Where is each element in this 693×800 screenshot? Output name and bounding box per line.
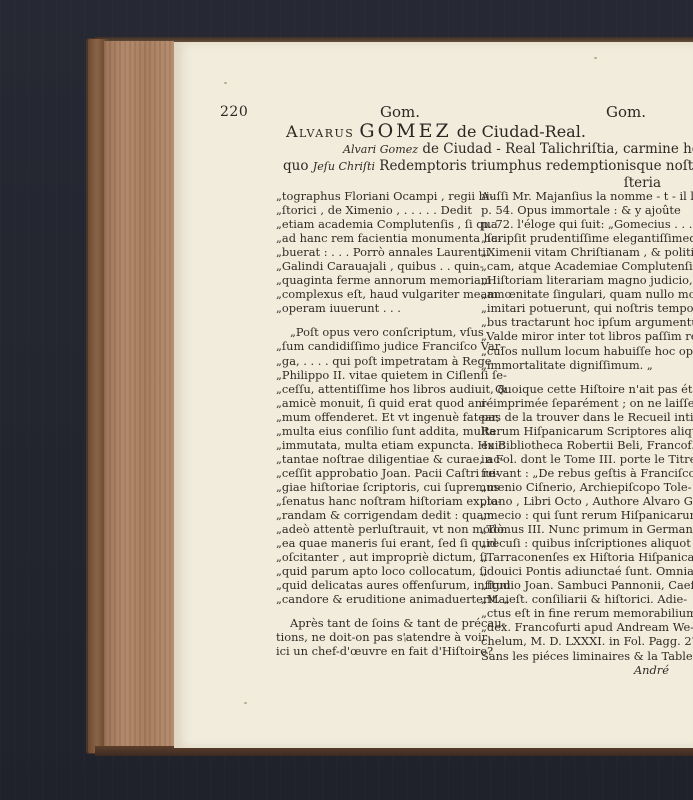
text-line: Auſſi Mr. Majanſius la nomme - t - il l.…: [481, 189, 669, 203]
text-line: in Fol. dont le Tome III. porte le Titre: [481, 452, 669, 466]
text-line: „quaginta ferme annorum memoriam: [276, 273, 472, 287]
text-line: „quid delicatas aures offenſurum, inſign…: [276, 578, 472, 592]
text-line: „Tomus III. Nunc primum in Germania: [481, 522, 669, 536]
text-line: „tantae noſtrae diligentiae & curae, ac-: [276, 452, 472, 466]
text-line: „etiam academia Complutenſis , ſi qua: [276, 217, 472, 231]
paper-speck: [594, 57, 597, 59]
text-line: „buerat : . . . Porrò annales Laurentii: [276, 245, 472, 259]
text-line: „Valde miror inter tot libros paſſim re-: [481, 329, 669, 343]
text-line: „complexus eſt, haud vulgariter meam: [276, 287, 472, 301]
text-line: ex Bibliotheca Robertii Beli, Francof. 1…: [481, 438, 669, 452]
text-line: Rerum Hiſpanicarum Scriptores aliquot,: [481, 424, 669, 438]
text-line: „dex. Francofurti apud Andream We-: [481, 620, 669, 634]
text-line: „operam iuuerunt . . .: [276, 301, 472, 315]
paragraph-gap: [276, 315, 472, 325]
text-line: „cam, atque Academiae Complutenſis: [481, 259, 669, 273]
running-head-right: Gom.: [606, 103, 646, 121]
text-line: „cuſos nullum locum habuiſſe hoc opus: [481, 344, 669, 358]
text-line: „ea quae maneris ſui erant, ſed ſi quid: [276, 536, 472, 550]
text-line: „Poſt opus vero conſcriptum, vſus: [276, 325, 472, 339]
entry-title: Alvari Gomez de Ciudad - Real Talichriſt…: [283, 141, 661, 192]
entry-heading: Alvarus GOMEZ de Ciudad-Real.: [286, 120, 586, 142]
text-line: „ſtudio Joan. Sambuci Pannonii, Caeſ.: [481, 578, 669, 592]
text-line: „oſcitanter , aut impropriè dictum, ſi: [276, 550, 472, 564]
text-line: „adeò attentè perluſtrauit, vt non modò: [276, 522, 472, 536]
entry-heading-suffix: de Ciudad-Real.: [457, 122, 586, 141]
text-line: „ceſſu, attentiſſime hos libros audiuit,…: [276, 382, 472, 396]
text-line: Après tant de ſoins & tant de précau-: [276, 616, 472, 630]
text-line: „Maieſt. conſiliarii & hiſtorici. Adie-: [481, 592, 669, 606]
text-line: „bus tractarunt hoc ipſum argumentum.: [481, 315, 669, 329]
text-line: „tographus Floriani Ocampi , regii hi-: [276, 189, 472, 203]
text-line: „quid parum apto loco collocatum, ſi: [276, 564, 472, 578]
text-line: „randam & corrigendam dedit : quam: [276, 508, 472, 522]
running-head-left: Gom.: [380, 103, 420, 121]
text-line: „candore & eruditione animaduerterit. „: [276, 592, 472, 606]
catchword: André: [481, 663, 669, 677]
paper-speck: [244, 702, 247, 704]
text-line: „ſenatus hanc noſtram hiſtoriam explo-: [276, 494, 472, 508]
text-line: Sans les piéces liminaires & la Table.: [481, 649, 669, 663]
text-line: „tano , Libri Octo , Authore Alvaro Go-: [481, 494, 669, 508]
text-line: „mecio : qui ſunt rerum Hiſpanicarum: [481, 508, 669, 522]
text-line: „Hiſtoriam literariam magno judicio, &: [481, 273, 669, 287]
entry-heading-name: GOMEZ: [359, 120, 451, 142]
title-text: Redemptoris triumphus redemptionisque no…: [375, 158, 693, 174]
paragraph-gap: [276, 606, 472, 616]
page-block-fore-edge: [104, 41, 174, 749]
text-line: „ad hanc rem facientia monumenta ha-: [276, 231, 472, 245]
text-line: „giae hiſtoriae ſcriptoris, cui ſupremus: [276, 480, 472, 494]
paper-speck: [224, 82, 227, 84]
text-line: „imitari potuerunt, qui noſtris tempori-: [481, 301, 669, 315]
text-line: „ſcripſit prudentiſſime elegantiſſimeque: [481, 231, 669, 245]
paragraph-gap: [481, 372, 669, 382]
text-line: „multa eius conſilio ſunt addita, multa: [276, 424, 472, 438]
title-text: de Ciudad - Real Talichriſtia, carmine h…: [418, 141, 693, 157]
title-pre: quo: [283, 158, 313, 174]
text-line: „douici Pontis adiunctaé ſunt. Omnia: [481, 564, 669, 578]
text-line: p. 54. Opus immortale : & y ajoûte: [481, 203, 669, 217]
text-line: „recuſi : quibus inſcriptiones aliquot: [481, 536, 669, 550]
text-line: „immutata, multa etiam expuncta. Huic: [276, 438, 472, 452]
title-italic: Alvari Gomez: [343, 143, 418, 156]
title-italic: Jeſu Chriſti: [313, 160, 375, 173]
text-line: „Galindi Carauajali , quibus . . quin-: [276, 259, 472, 273]
text-line: „amœnitate ſingulari, quam nullo modo: [481, 287, 669, 301]
text-line: „immortalitate digniſſimum. „: [481, 358, 669, 372]
title-line: Alvari Gomez de Ciudad - Real Talichriſt…: [283, 141, 661, 158]
text-line: „Philippo II. vitae quietem in Ciſlenſi …: [276, 368, 472, 382]
text-line: „ga, . . . . qui poſt impetratam à Rege: [276, 354, 472, 368]
page-number: 220: [220, 104, 248, 120]
text-line: pas de la trouver dans le Recueil intitu…: [481, 410, 669, 424]
left-column: „tographus Floriani Ocampi , regii hi-„ſ…: [276, 189, 472, 659]
running-head: 220 Gom. Gom.: [220, 103, 660, 121]
text-line: „Ximenii vitam Chriſtianam , & politi-: [481, 245, 669, 259]
text-line: chelum, M. D. LXXXI. in Fol. Pagg. 271.: [481, 634, 669, 648]
text-line: réimprimée ſeparément ; on ne laiſſera: [481, 396, 669, 410]
text-line: p. 72. l'éloge qui ſuit: „Gomecius . . .: [481, 217, 669, 231]
entry-heading-prefix: Alvarus: [286, 122, 354, 141]
text-line: „ctus eſt in fine rerum memorabilium In-: [481, 606, 669, 620]
text-line: „ceſſit approbatio Joan. Pacii Caſtri re…: [276, 466, 472, 480]
text-line: „Tarraconenſes ex Hiſtoria Hiſpanica Lu-: [481, 550, 669, 564]
text-line: ici un chef-d'œuvre en fait d'Hiſtoire?: [276, 644, 472, 658]
title-line: quo Jeſu Chriſti Redemptoris triumphus r…: [283, 158, 661, 175]
text-line: tions, ne doit-on pas s'atendre à voir: [276, 630, 472, 644]
text-line: „mum offenderet. Et vt ingenuè fatear,: [276, 410, 472, 424]
text-line: „ſum candidiſſimo judice Franciſco Var-: [276, 339, 472, 353]
text-line: Quoique cette Hiſtoire n'ait pas été: [481, 382, 669, 396]
right-column: Auſſi Mr. Majanſius la nomme - t - il l.…: [481, 189, 669, 677]
text-line: ſuivant : „De rebus geſtis à Franciſco X…: [481, 466, 669, 480]
text-line: „ſtorici , de Ximenio , . . . . . Dedit: [276, 203, 472, 217]
text-line: „menio Ciſnerio, Archiepiſcopo Tole-: [481, 480, 669, 494]
text-line: „amicè monuit, ſi quid erat quod ani-: [276, 396, 472, 410]
